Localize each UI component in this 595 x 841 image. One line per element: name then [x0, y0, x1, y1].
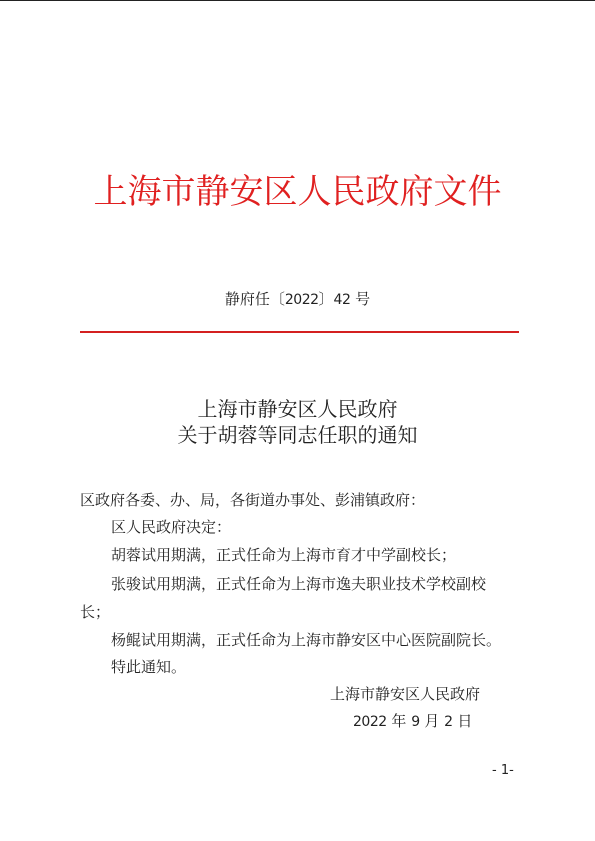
date-day-label: 日: [453, 712, 473, 730]
signature-issuer: 上海市静安区人民政府: [330, 684, 480, 704]
paragraph-appointment-3: 杨鲲试用期满，正式任命为上海市静安区中心医院副院长。: [111, 630, 551, 650]
date-day: 2: [444, 714, 452, 730]
date-year-label: 年: [387, 712, 412, 730]
date-month-label: 月: [420, 712, 445, 730]
date-month: 9: [411, 714, 419, 730]
page-top-border: [0, 0, 595, 1]
document-header-title: 上海市静安区人民政府文件: [0, 170, 595, 214]
paragraph-closing: 特此通知。: [111, 657, 551, 677]
doc-number-prefix: 静府任〔: [225, 290, 285, 308]
notice-title-line-1: 上海市静安区人民政府: [0, 396, 595, 422]
paragraph-appointment-2: 张骏试用期满，正式任命为上海市逸夫职业技术学校副校: [111, 574, 551, 594]
notice-title: 上海市静安区人民政府 关于胡蓉等同志任职的通知: [0, 396, 595, 448]
red-divider-rule: [80, 331, 519, 333]
paragraph-decision: 区人民政府决定：: [111, 517, 551, 537]
doc-number-mid: 〕: [319, 290, 334, 308]
date-year: 2022: [353, 714, 387, 730]
issue-date: 2022 年 9 月 2 日: [353, 711, 472, 732]
doc-number-value: 42: [334, 292, 351, 308]
document-number: 静府任〔2022〕42 号: [0, 289, 595, 310]
paragraph-appointment-2-cont: 长；: [80, 602, 520, 622]
doc-number-year: 2022: [285, 292, 319, 308]
notice-title-line-2: 关于胡蓉等同志任职的通知: [0, 422, 595, 448]
page-number: - 1-: [492, 762, 514, 780]
addressee-line: 区政府各委、办、局，各街道办事处、彭浦镇政府：: [80, 490, 520, 510]
doc-number-suffix: 号: [350, 290, 370, 308]
paragraph-appointment-1: 胡蓉试用期满，正式任命为上海市育才中学副校长；: [111, 545, 551, 565]
